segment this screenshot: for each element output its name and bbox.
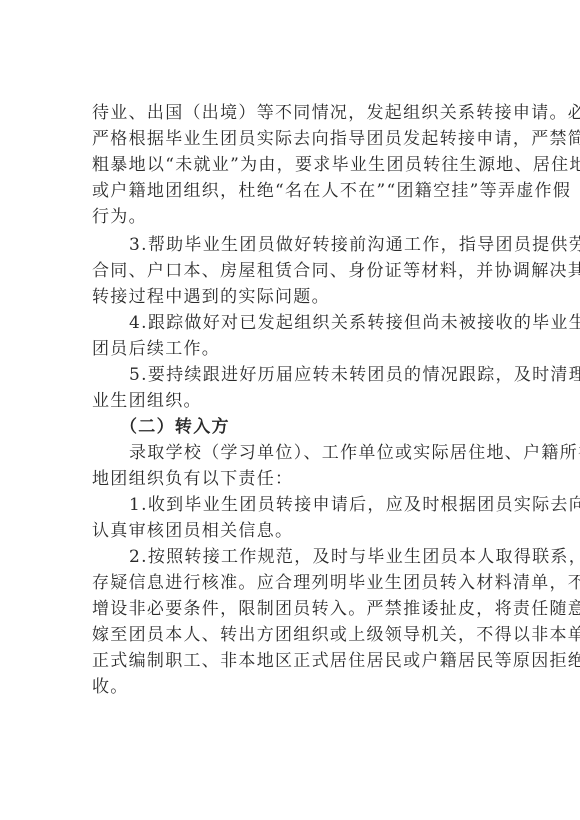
text-line: 团员后续工作。: [92, 336, 502, 362]
document-page: 待业、出国（出境）等不同情况，发起组织关系转接申请。必须 严格根据毕业生团员实际…: [0, 0, 580, 820]
text-line: 正式编制职工、非本地区正式居住居民或户籍居民等原因拒绝接: [92, 648, 502, 674]
list-item-5: 5.要持续跟进好历届应转未转团员的情况跟踪，及时清理毕 业生团组织。: [92, 362, 502, 414]
text-line: 待业、出国（出境）等不同情况，发起组织关系转接申请。必须: [92, 100, 502, 126]
text-line: 严格根据毕业生团员实际去向指导团员发起转接申请，严禁简单: [92, 126, 502, 152]
text-line: 粗暴地以“未就业”为由，要求毕业生团员转往生源地、居住地: [92, 152, 502, 178]
text-line: 3.帮助毕业生团员做好转接前沟通工作，指导团员提供劳动: [92, 232, 502, 258]
document-body: 待业、出国（出境）等不同情况，发起组织关系转接申请。必须 严格根据毕业生团员实际…: [92, 100, 502, 700]
text-line: 5.要持续跟进好历届应转未转团员的情况跟踪，及时清理毕: [92, 362, 502, 388]
text-line: 2.按照转接工作规范，及时与毕业生团员本人取得联系，对: [92, 544, 502, 570]
text-line: 转接过程中遇到的实际问题。: [92, 284, 502, 310]
text-line: 1.收到毕业生团员转接申请后，应及时根据团员实际去向，: [92, 492, 502, 518]
section-heading-text: （二）转入方: [92, 414, 502, 440]
text-line: 认真审核团员相关信息。: [92, 518, 502, 544]
section-heading: （二）转入方: [92, 414, 502, 440]
text-line: 嫁至团员本人、转出方团组织或上级领导机关，不得以非本单位: [92, 622, 502, 648]
text-line: 地团组织负有以下责任：: [92, 466, 502, 492]
text-line: 存疑信息进行核准。应合理列明毕业生团员转入材料清单，不得: [92, 570, 502, 596]
text-line: 行为。: [92, 204, 502, 230]
paragraph-continuation: 待业、出国（出境）等不同情况，发起组织关系转接申请。必须 严格根据毕业生团员实际…: [92, 100, 502, 230]
text-line: 录取学校（学习单位）、工作单位或实际居住地、户籍所在: [92, 440, 502, 466]
list-item-4: 4.跟踪做好对已发起组织关系转接但尚未被接收的毕业生 团员后续工作。: [92, 310, 502, 362]
text-line: 业生团组织。: [92, 388, 502, 414]
list-item-2: 2.按照转接工作规范，及时与毕业生团员本人取得联系，对 存疑信息进行核准。应合理…: [92, 544, 502, 700]
list-item-1: 1.收到毕业生团员转接申请后，应及时根据团员实际去向， 认真审核团员相关信息。: [92, 492, 502, 544]
text-line: 增设非必要条件，限制团员转入。严禁推诿扯皮，将责任随意转: [92, 596, 502, 622]
paragraph-body: 录取学校（学习单位）、工作单位或实际居住地、户籍所在 地团组织负有以下责任：: [92, 440, 502, 492]
text-line: 或户籍地团组织，杜绝“名在人不在”“团籍空挂”等弄虚作假: [92, 178, 502, 204]
text-line: 4.跟踪做好对已发起组织关系转接但尚未被接收的毕业生: [92, 310, 502, 336]
text-line: 合同、户口本、房屋租赁合同、身份证等材料，并协调解决其在: [92, 258, 502, 284]
text-line: 收。: [92, 674, 502, 700]
list-item-3: 3.帮助毕业生团员做好转接前沟通工作，指导团员提供劳动 合同、户口本、房屋租赁合…: [92, 232, 502, 310]
